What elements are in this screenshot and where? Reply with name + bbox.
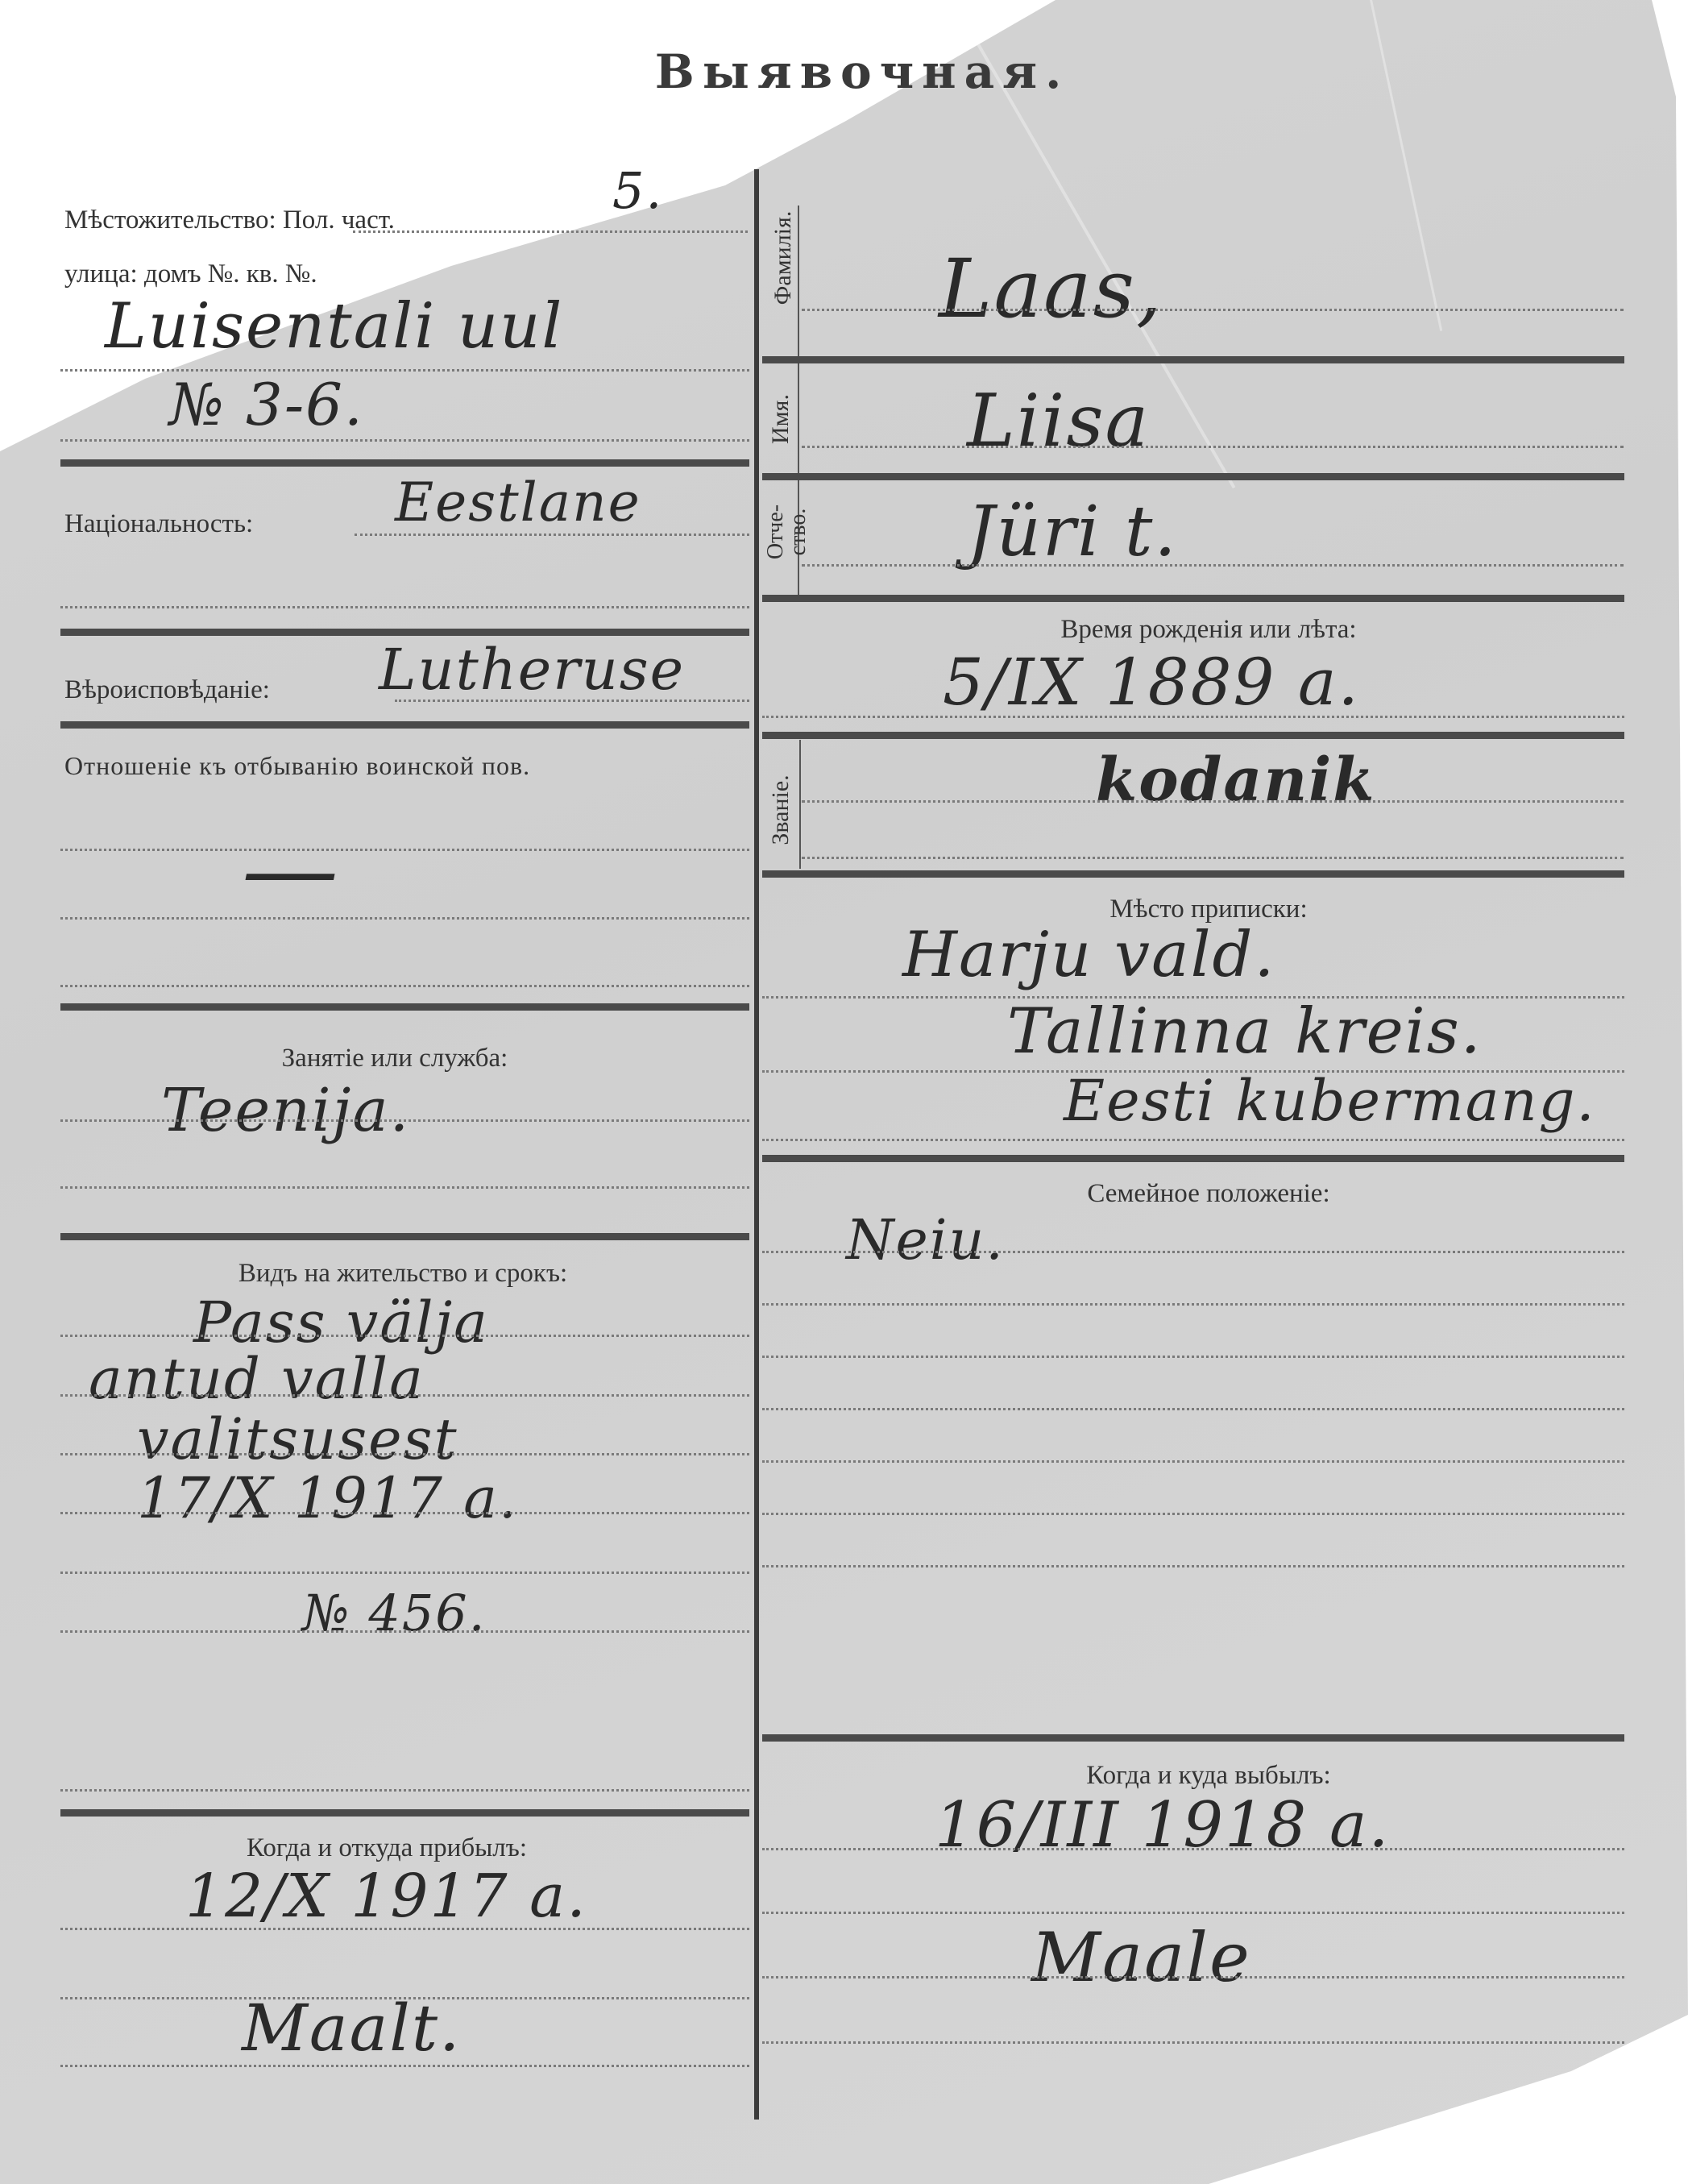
military-line-3 xyxy=(60,985,749,987)
occupation-line-2 xyxy=(60,1186,749,1189)
military-label: Отношенiе къ отбыванiю воинской пов. xyxy=(64,751,530,781)
departure-line-1 xyxy=(762,1848,1624,1850)
permit-number: № 456. xyxy=(302,1584,486,1642)
marital-value: Neiu. xyxy=(846,1209,1005,1273)
arrival-line-2 xyxy=(60,1997,749,1999)
precinct-line xyxy=(353,230,748,233)
permit-line-4: 17/X 1917 a. xyxy=(137,1465,518,1531)
section-rule xyxy=(60,629,749,636)
nationality-label: Нацiональность: xyxy=(64,509,253,539)
nationality-line xyxy=(355,534,749,536)
first-name-label: Имя. xyxy=(767,379,799,459)
marital-line-1 xyxy=(762,1251,1624,1253)
section-rule xyxy=(762,1155,1624,1162)
street-value: Luisentali uul xyxy=(105,290,563,363)
estate-line-2 xyxy=(802,857,1624,859)
nationality-line-2 xyxy=(60,606,749,608)
arrival-label: Когда и откуда прибылъ: xyxy=(129,1833,645,1863)
departure-label: Когда и куда выбылъ: xyxy=(806,1761,1611,1791)
section-rule xyxy=(60,1003,749,1011)
permit-rule-6 xyxy=(60,1630,749,1633)
permit-line-2: antud valla xyxy=(89,1346,425,1412)
surname-line xyxy=(802,309,1624,311)
birth-label: Время рожденiя или лѣта: xyxy=(806,615,1611,645)
departure-line-2 xyxy=(762,1912,1624,1914)
permit-rule-2 xyxy=(60,1394,749,1397)
permit-rule-3 xyxy=(60,1453,749,1455)
departure-to: Maale xyxy=(1031,1918,1251,1997)
estate-label: Званiе. xyxy=(767,762,799,858)
marital-line-6 xyxy=(762,1513,1624,1515)
birth-line xyxy=(762,716,1624,718)
precinct-value: 5. xyxy=(612,161,663,220)
house-value: № 3-6. xyxy=(169,371,364,438)
registration-line-3: Eesti kubermang. xyxy=(1064,1068,1596,1134)
residence-label: Мѣстожительство: Пол. част. xyxy=(64,206,395,235)
religion-line xyxy=(395,700,749,702)
departure-date: 16/III 1918 a. xyxy=(935,1789,1390,1862)
marital-line-4 xyxy=(762,1408,1624,1410)
section-rule xyxy=(762,473,1624,480)
permit-rule-5 xyxy=(60,1572,749,1574)
arrival-from: Maalt. xyxy=(242,1991,461,2066)
arrival-date: 12/X 1917 a. xyxy=(185,1862,587,1931)
estate-line-1 xyxy=(802,800,1624,803)
street-label: улица: домъ №. кв. №. xyxy=(64,260,317,289)
marital-label: Семейное положенiе: xyxy=(806,1179,1611,1209)
section-rule xyxy=(762,870,1624,878)
permit-rule-4 xyxy=(60,1512,749,1514)
section-rule xyxy=(60,1233,749,1240)
nationality-value: Eestlane xyxy=(395,471,641,534)
arrival-line-3 xyxy=(60,2065,749,2067)
marital-line-7 xyxy=(762,1565,1624,1567)
house-line xyxy=(60,439,749,442)
street-line xyxy=(60,369,749,372)
section-rule xyxy=(762,595,1624,602)
estate-divider xyxy=(799,740,801,869)
center-divider xyxy=(754,169,759,2120)
surname-label: Фамилiя. xyxy=(769,193,802,322)
section-rule xyxy=(762,356,1624,363)
occupation-label: Занятiе или служба: xyxy=(153,1044,637,1073)
permit-rule-7 xyxy=(60,1789,749,1792)
patronymic-label-line-1: Отче- xyxy=(763,484,787,580)
residence-permit-label: Видъ на жительство и срокъ: xyxy=(145,1259,661,1289)
registration-line-2: Tallinna kreis. xyxy=(1007,995,1483,1068)
registration-rule-3 xyxy=(762,1139,1624,1141)
permit-rule-1 xyxy=(60,1335,749,1337)
marital-line-2 xyxy=(762,1303,1624,1306)
departure-line-3 xyxy=(762,1976,1624,1978)
arrival-line-1 xyxy=(60,1928,749,1930)
section-rule xyxy=(60,1809,749,1817)
military-value: — xyxy=(242,814,340,926)
section-rule xyxy=(60,459,749,467)
permit-line-3: valitsusest xyxy=(137,1406,458,1472)
patronymic-line xyxy=(802,564,1624,567)
military-line-2 xyxy=(60,917,749,920)
departure-line-4 xyxy=(762,2041,1624,2044)
registration-line-1: Harju vald. xyxy=(902,919,1275,991)
occupation-line-1 xyxy=(60,1119,749,1122)
birth-value: 5/IX 1889 a. xyxy=(943,645,1360,720)
religion-label: Вѣроисповѣданiе: xyxy=(64,675,270,705)
estate-value: kodanik xyxy=(1096,745,1376,815)
occupation-value: Teenija. xyxy=(161,1076,410,1145)
form-title: Выявочная. xyxy=(580,44,1144,99)
patronymic-value: Jüri t. xyxy=(967,492,1178,572)
first-name-line xyxy=(802,446,1624,448)
section-rule xyxy=(762,1734,1624,1742)
section-rule xyxy=(60,721,749,729)
religion-value: Lutheruse xyxy=(379,637,685,703)
section-rule xyxy=(762,732,1624,739)
marital-line-3 xyxy=(762,1356,1624,1358)
marital-line-5 xyxy=(762,1460,1624,1463)
military-line-1 xyxy=(60,849,749,851)
surname-value: Laas, xyxy=(939,242,1163,336)
first-name-value: Liisa xyxy=(967,379,1150,463)
